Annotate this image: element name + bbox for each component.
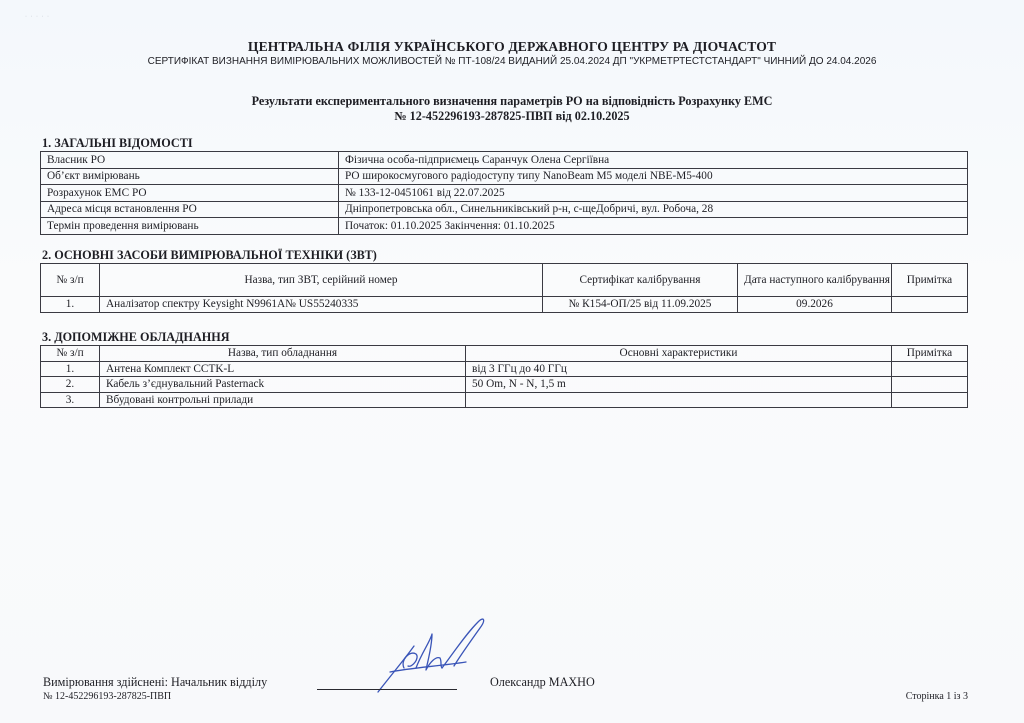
row-value: Фізична особа-підприємець Саранчук Олена…: [339, 152, 968, 169]
row-number: 2.: [41, 377, 100, 393]
table-header-row: № з/п Назва, тип ЗВТ, серійний номер Сер…: [41, 264, 968, 297]
auxiliary-equipment-table: № з/п Назва, тип обладнання Основні хара…: [40, 345, 968, 408]
row-label: Термін проведення вимірювань: [41, 218, 339, 235]
measurement-equipment-table: № з/п Назва, тип ЗВТ, серійний номер Сер…: [40, 263, 968, 313]
next-calibration-date: 09.2026: [738, 297, 892, 313]
column-header: Примітка: [892, 264, 968, 297]
row-label: Об’єкт вимірювань: [41, 168, 339, 185]
section2-heading: 2. ОСНОВНІ ЗАСОБИ ВИМІРЮВАЛЬНОЇ ТЕХНІКИ …: [42, 248, 377, 263]
table-row: Власник РО Фізична особа-підприємець Сар…: [41, 152, 968, 169]
footer-document-number: № 12-452296193-287825-ПВП: [43, 691, 171, 702]
page-number: Сторінка 1 із 3: [906, 691, 968, 702]
row-value: Дніпропетровська обл., Синельниківський …: [339, 201, 968, 218]
equipment-specs: від 3 ГГц до 40 ГГц: [466, 361, 892, 377]
table-row: 1. Аналізатор спектру Keysight N9961A№ U…: [41, 297, 968, 313]
certificate-line: СЕРТИФІКАТ ВИЗНАННЯ ВИМІРЮВАЛЬНИХ МОЖЛИВ…: [0, 56, 1024, 67]
row-number: 1.: [41, 361, 100, 377]
table-row: Адреса місця встановлення РО Дніпропетро…: [41, 201, 968, 218]
table-row: Розрахунок ЕМС РО № 133-12-0451061 від 2…: [41, 185, 968, 202]
row-label: Адреса місця встановлення РО: [41, 201, 339, 218]
signer-name: Олександр МАХНО: [490, 675, 595, 690]
section1-heading: 1. ЗАГАЛЬНІ ВІДОМОСТІ: [42, 136, 193, 151]
performed-by-label: Вимірювання здійснені: Начальник відділу: [43, 675, 267, 690]
equipment-name: Антена Комплект CCTK-L: [100, 361, 466, 377]
row-label: Розрахунок ЕМС РО: [41, 185, 339, 202]
section3-heading: 3. ДОПОМІЖНЕ ОБЛАДНАННЯ: [42, 330, 230, 345]
column-header: № з/п: [41, 346, 100, 362]
row-label: Власник РО: [41, 152, 339, 169]
row-value: № 133-12-0451061 від 22.07.2025: [339, 185, 968, 202]
column-header: Примітка: [892, 346, 968, 362]
column-header: Дата наступного калібрування: [738, 264, 892, 297]
general-info-table: Власник РО Фізична особа-підприємець Сар…: [40, 151, 968, 235]
table-header-row: № з/п Назва, тип обладнання Основні хара…: [41, 346, 968, 362]
table-row: Об’єкт вимірювань РО широкосмугового рад…: [41, 168, 968, 185]
scan-artifact: · · · · ·: [25, 14, 50, 20]
table-row: 1. Антена Комплект CCTK-L від 3 ГГц до 4…: [41, 361, 968, 377]
row-number: 1.: [41, 297, 100, 313]
organization-heading: ЦЕНТРАЛЬНА ФІЛІЯ УКРАЇНСЬКОГО ДЕРЖАВНОГО…: [0, 39, 1024, 55]
equipment-name: Аналізатор спектру Keysight N9961A№ US55…: [100, 297, 543, 313]
equipment-specs: [466, 392, 892, 408]
document-title: Результати експериментального визначення…: [0, 94, 1024, 109]
note: [892, 377, 968, 393]
note: [892, 361, 968, 377]
column-header: Назва, тип ЗВТ, серійний номер: [100, 264, 543, 297]
equipment-name: Вбудовані контрольні прилади: [100, 392, 466, 408]
column-header: Назва, тип обладнання: [100, 346, 466, 362]
column-header: Сертифікат калібрування: [543, 264, 738, 297]
row-number: 3.: [41, 392, 100, 408]
signature-line: [317, 689, 457, 690]
column-header: № з/п: [41, 264, 100, 297]
row-value: РО широкосмугового радіодоступу типу Nan…: [339, 168, 968, 185]
column-header: Основні характеристики: [466, 346, 892, 362]
note: [892, 392, 968, 408]
table-row: 3. Вбудовані контрольні прилади: [41, 392, 968, 408]
equipment-name: Кабель з’єднувальний Pasternack: [100, 377, 466, 393]
signature-icon: [370, 612, 510, 697]
calibration-certificate: № К154-ОП/25 від 11.09.2025: [543, 297, 738, 313]
table-row: 2. Кабель з’єднувальний Pasternack 50 Om…: [41, 377, 968, 393]
note: [892, 297, 968, 313]
row-value: Початок: 01.10.2025 Закінчення: 01.10.20…: [339, 218, 968, 235]
equipment-specs: 50 Om, N - N, 1,5 m: [466, 377, 892, 393]
table-row: Термін проведення вимірювань Початок: 01…: [41, 218, 968, 235]
document-number: № 12-452296193-287825-ПВП від 02.10.2025: [0, 109, 1024, 124]
